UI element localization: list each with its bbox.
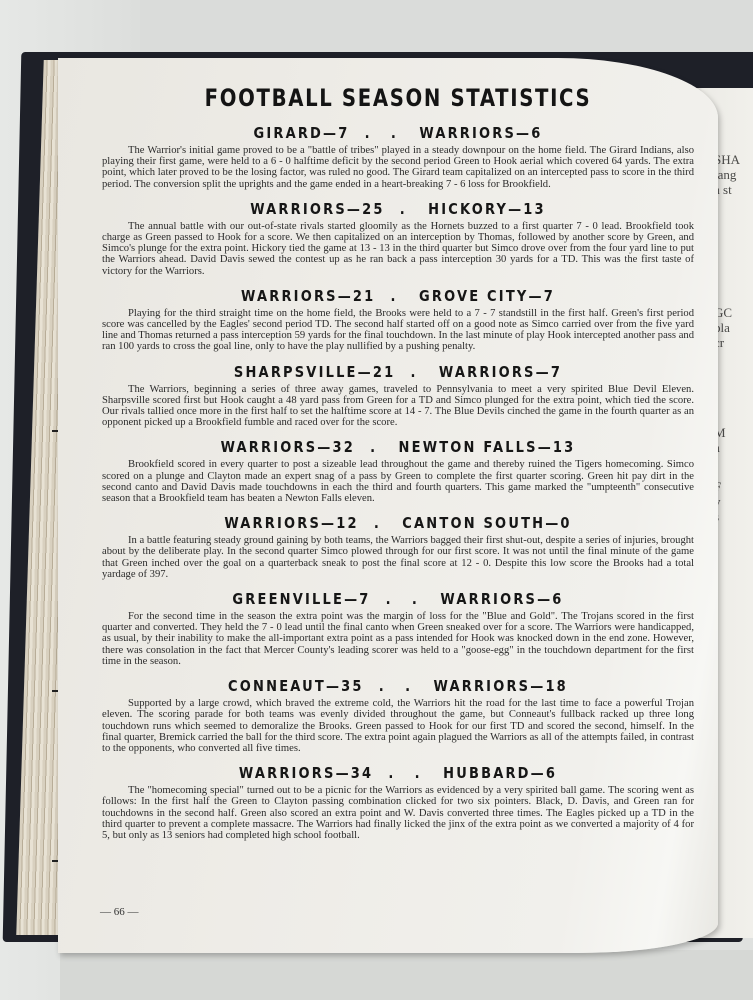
game-section: WARRIORS—21 . GROVE CITY—7 Playing for t… <box>102 287 694 353</box>
game-section: GIRARD—7 . . WARRIORS—6 The Warrior's in… <box>102 124 694 190</box>
game-summary: Brookfield scored in every quarter to po… <box>102 459 694 504</box>
game-summary: For the second time in the season the ex… <box>102 611 694 667</box>
game-section: SHARPSVILLE—21 . WARRIORS—7 The Warriors… <box>102 363 694 429</box>
game-section: WARRIORS—25 . HICKORY—13 The annual batt… <box>102 200 694 277</box>
game-score-heading: CONNEAUT—35 . . WARRIORS—18 <box>149 677 646 695</box>
game-summary: The Warrior's initial game proved to be … <box>102 145 694 190</box>
game-section: GREENVILLE—7 . . WARRIORS—6 For the seco… <box>102 590 694 667</box>
game-score-heading: WARRIORS—34 . . HUBBARD—6 <box>149 764 646 782</box>
team-score-left: WARRIORS—21 <box>241 287 375 305</box>
team-score-right: HICKORY—13 <box>428 200 546 218</box>
game-summary: The Warriors, beginning a series of thre… <box>102 384 694 429</box>
team-score-left: GREENVILLE—7 <box>232 590 370 608</box>
team-score-left: GIRARD—7 <box>253 124 349 142</box>
team-score-right: WARRIORS—6 <box>440 590 563 608</box>
team-score-right: HUBBARD—6 <box>443 764 557 782</box>
score-separator: . . <box>388 764 428 782</box>
score-separator: . . <box>386 590 426 608</box>
game-score-heading: WARRIORS—32 . NEWTON FALLS—13 <box>149 438 646 456</box>
team-score-left: WARRIORS—12 <box>224 514 358 532</box>
team-score-right: WARRIORS—7 <box>439 363 562 381</box>
team-score-right: GROVE CITY—7 <box>419 287 555 305</box>
page-content: FOOTBALL SEASON STATISTICS GIRARD—7 . . … <box>102 84 694 851</box>
score-separator: . <box>410 363 423 381</box>
score-separator: . . <box>365 124 405 142</box>
team-score-right: CANTON SOUTH—0 <box>402 514 571 532</box>
game-score-heading: WARRIORS—12 . CANTON SOUTH—0 <box>149 514 646 532</box>
score-separator: . <box>370 438 383 456</box>
game-summary: The annual battle with our out-of-state … <box>102 221 694 277</box>
game-score-heading: GIRARD—7 . . WARRIORS—6 <box>149 124 646 142</box>
game-score-heading: SHARPSVILLE—21 . WARRIORS—7 <box>149 363 646 381</box>
team-score-right: NEWTON FALLS—13 <box>399 438 576 456</box>
team-score-left: WARRIORS—34 <box>239 764 373 782</box>
background-surface-bottom <box>60 950 753 1000</box>
score-separator: . <box>374 514 387 532</box>
team-score-left: CONNEAUT—35 <box>228 677 364 695</box>
game-score-heading: WARRIORS—21 . GROVE CITY—7 <box>149 287 646 305</box>
game-score-heading: GREENVILLE—7 . . WARRIORS—6 <box>149 590 646 608</box>
background-surface <box>140 0 753 60</box>
game-score-heading: WARRIORS—25 . HICKORY—13 <box>149 200 646 218</box>
game-summary: Playing for the third straight time on t… <box>102 308 694 353</box>
page-number: — 66 — <box>100 906 139 918</box>
document-page: FOOTBALL SEASON STATISTICS GIRARD—7 . . … <box>58 58 718 953</box>
score-separator: . <box>400 200 413 218</box>
team-score-left: WARRIORS—25 <box>250 200 384 218</box>
team-score-left: SHARPSVILLE—21 <box>234 363 395 381</box>
team-score-right: WARRIORS—6 <box>419 124 542 142</box>
game-section: CONNEAUT—35 . . WARRIORS—18 Supported by… <box>102 677 694 754</box>
game-summary: Supported by a large crowd, which braved… <box>102 698 694 754</box>
team-score-left: WARRIORS—32 <box>221 438 355 456</box>
game-section: WARRIORS—12 . CANTON SOUTH—0 In a battle… <box>102 514 694 580</box>
game-summary: The "homecoming special" turned out to b… <box>102 785 694 841</box>
game-section: WARRIORS—32 . NEWTON FALLS—13 Brookfield… <box>102 438 694 504</box>
game-summary: In a battle featuring steady ground gain… <box>102 535 694 580</box>
game-section: WARRIORS—34 . . HUBBARD—6 The "homecomin… <box>102 764 694 841</box>
score-separator: . <box>391 287 404 305</box>
page-title: FOOTBALL SEASON STATISTICS <box>155 84 640 112</box>
team-score-right: WARRIORS—18 <box>434 677 568 695</box>
score-separator: . . <box>379 677 419 695</box>
